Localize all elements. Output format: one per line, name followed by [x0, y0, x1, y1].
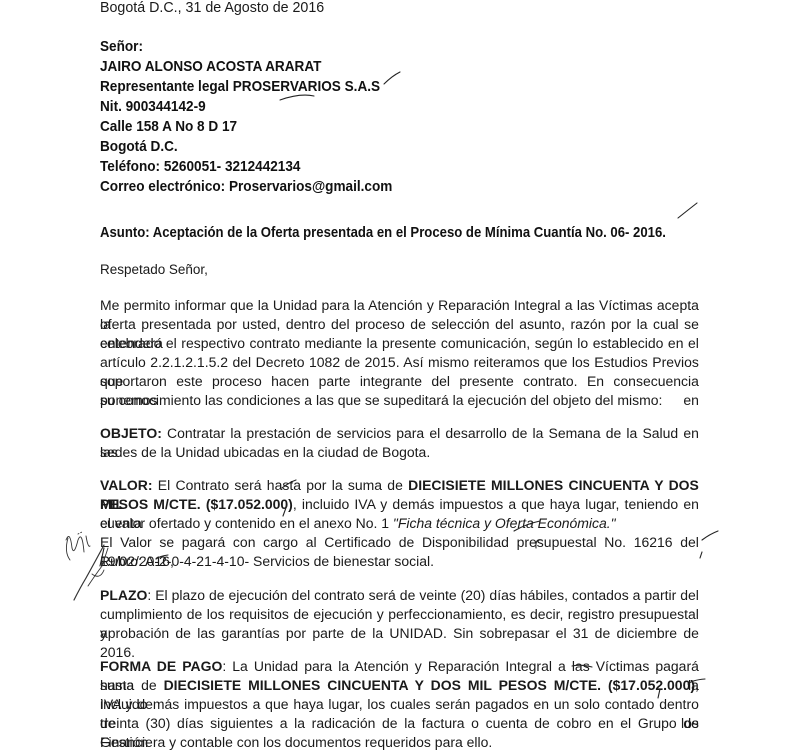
- forma-pago-label: FORMA DE PAGO: [100, 659, 222, 675]
- forma-pago-line: Financiera y contable con los documentos…: [100, 734, 699, 750]
- objeto-line: sedes de la Unidad ubicadas en la ciudad…: [100, 444, 699, 463]
- valor-text: El Contrato será hasta por la suma de: [153, 478, 409, 494]
- valor-line: Rubro: A-2-0-4-21-4-10- Servicios de bie…: [100, 553, 699, 572]
- recipient-title: Señor:: [100, 38, 143, 56]
- recipient-email: Correo electrónico: Proservarios@gmail.c…: [100, 178, 392, 196]
- intro-line: su conocimiento las condiciones a las qu…: [100, 392, 699, 411]
- recipient-address: Calle 158 A No 8 D 17: [100, 118, 237, 136]
- valor-amount: PESOS M/CTE. ($17.052.000): [100, 497, 293, 513]
- intro-line: celebrado el respectivo contrato mediant…: [100, 335, 699, 354]
- forma-pago-amount: DIECISIETE MILLONES CINCUENTA Y DOS MIL …: [164, 678, 695, 694]
- valor-label: VALOR:: [100, 478, 153, 494]
- recipient-role: Representante legal PROSERVARIOS S.A.S: [100, 78, 380, 96]
- scanned-letter-page: Bogotá D.C., 31 de Agosto de 2016 Señor:…: [0, 0, 800, 750]
- plazo-text: : El plazo de ejecución del contrato ser…: [147, 588, 699, 604]
- letter-date: Bogotá D.C., 31 de Agosto de 2016: [100, 0, 324, 15]
- plazo-line: PLAZO: El plazo de ejecución del contrat…: [100, 587, 699, 606]
- valor-text: el valor ofertado y contenido en el anex…: [100, 516, 393, 532]
- valor-line: el valor ofertado y contenido en el anex…: [100, 515, 699, 534]
- valor-annex-title: "Ficha técnica y Oferta Económica.": [393, 516, 616, 532]
- recipient-phone: Teléfono: 5260051- 3212442134: [100, 158, 300, 176]
- letter-greeting: Respetado Señor,: [100, 261, 208, 279]
- forma-pago-text: suma de: [100, 678, 164, 694]
- recipient-city: Bogotá D.C.: [100, 138, 178, 156]
- recipient-nit: Nit. 900344142-9: [100, 98, 206, 116]
- recipient-name: JAIRO ALONSO ACOSTA ARARAT: [100, 58, 321, 76]
- plazo-label: PLAZO: [100, 588, 147, 604]
- letter-subject: Asunto: Aceptación de la Oferta presenta…: [100, 224, 666, 242]
- objeto-label: OBJETO:: [100, 426, 162, 442]
